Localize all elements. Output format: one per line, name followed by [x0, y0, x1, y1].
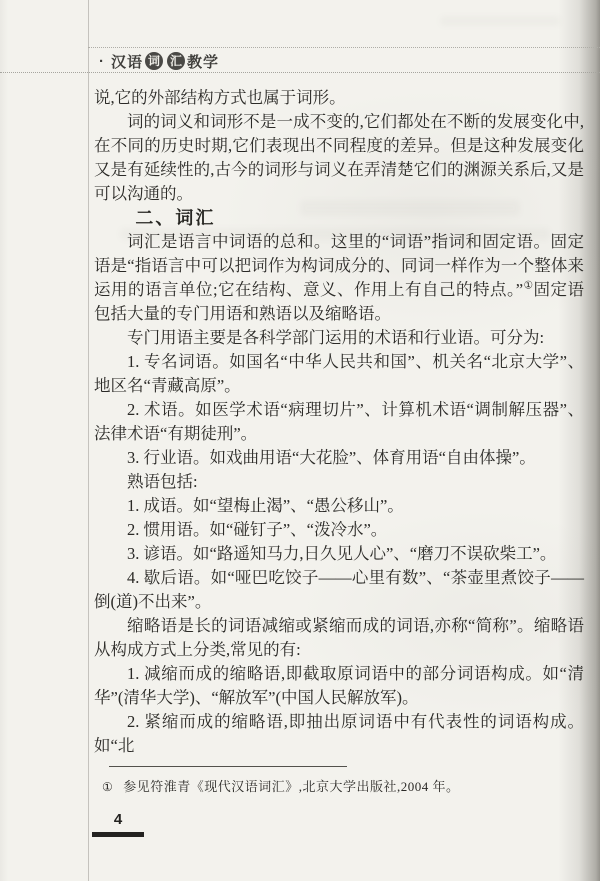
body-text-block: 说,它的外部结构方式也属于词形。 词的词义和词形不是一成不变的,它们都处在不断的…: [94, 86, 584, 758]
footnote-entry: ①参见符淮青《现代汉语词汇》,北京大学出版社,2004 年。: [94, 776, 584, 795]
list-item-chengyu: 1. 成语。如“望梅止渴”、“愚公移山”。: [94, 494, 584, 518]
paragraph-continuation: 说,它的外部结构方式也属于词形。: [94, 86, 584, 110]
footnote-area: ①参见符淮青《现代汉语词汇》,北京大学出版社,2004 年。: [94, 766, 584, 795]
bleed-through-ghost: [440, 16, 560, 26]
page-number-underline: [92, 832, 144, 837]
list-item-guanyongyu: 2. 惯用语。如“碰钉子”、“泼冷水”。: [94, 518, 584, 542]
cihui-text-before-ref: 词汇是语言中词语的总和。这里的“词语”指词和固定语。固定语是“指语言中可以把词作…: [94, 232, 584, 299]
header-title-prefix: 汉语: [111, 51, 143, 72]
footnote-text: 参见符淮青《现代汉语词汇》,北京大学出版社,2004 年。: [123, 779, 459, 794]
section-heading: 二、词汇: [94, 206, 584, 230]
footnote-number-mark: ①: [102, 780, 113, 794]
paragraph-cihui-definition: 词汇是语言中词语的总和。这里的“词语”指词和固定语。固定语是“指语言中可以把词作…: [94, 230, 584, 326]
page-number: 4: [92, 811, 144, 828]
header-title-suffix: 教学: [187, 51, 219, 72]
header-badge-hui: 汇: [167, 52, 185, 70]
paragraph-idioms-intro: 熟语包括:: [94, 470, 584, 494]
list-item-xiehouyu: 4. 歇后语。如“哑巴吃饺子——心里有数”、“茶壶里煮饺子——倒(道)不出来”。: [94, 566, 584, 614]
footnote-ref-mark: ①: [523, 281, 533, 292]
list-item-yanyu: 3. 谚语。如“路遥知马力,日久见人心”、“磨刀不误砍柴工”。: [94, 542, 584, 566]
footnote-separator-rule: [109, 766, 347, 767]
header-rule-top: [88, 47, 600, 48]
paragraph-abbreviations-intro: 缩略语是长的词语减缩或紧缩而成的词语,亦称“简称”。缩略语从构成方式上分类,常见…: [94, 614, 584, 662]
header-badge-ci: 词: [145, 52, 163, 70]
header-rule-bottom: [0, 72, 600, 73]
list-item-trade-terms: 3. 行业语。如戏曲用语“大花脸”、体育用语“自由体操”。: [94, 446, 584, 470]
paragraph-word-change: 词的词义和词形不是一成不变的,它们都处在不断的发展变化中,在不同的历史时期,它们…: [94, 110, 584, 206]
header-bullet-icon: ·: [99, 53, 105, 70]
scanned-book-page: · 汉语 词 汇 教学 说,它的外部结构方式也属于词形。 词的词义和词形不是一成…: [0, 0, 600, 881]
list-item-proper-names: 1. 专名词语。如国名“中华人民共和国”、机关名“北京大学”、地区名“青藏高原”…: [94, 350, 584, 398]
list-item-technical-terms: 2. 术语。如医学术语“病理切片”、计算机术语“调制解压器”、法律术语“有期徒刑…: [94, 398, 584, 446]
running-header: · 汉语 词 汇 教学: [99, 51, 219, 71]
list-item-jinsuo: 2. 紧缩而成的缩略语,即抽出原词语中有代表性的词语构成。如“北: [94, 710, 584, 758]
list-item-jiansuo: 1. 减缩而成的缩略语,即截取原词语中的部分词语构成。如“清华”(清华大学)、“…: [94, 662, 584, 710]
paragraph-special-terms-intro: 专门用语主要是各科学部门运用的术语和行业语。可分为:: [94, 326, 584, 350]
margin-fold-line: [88, 0, 89, 881]
